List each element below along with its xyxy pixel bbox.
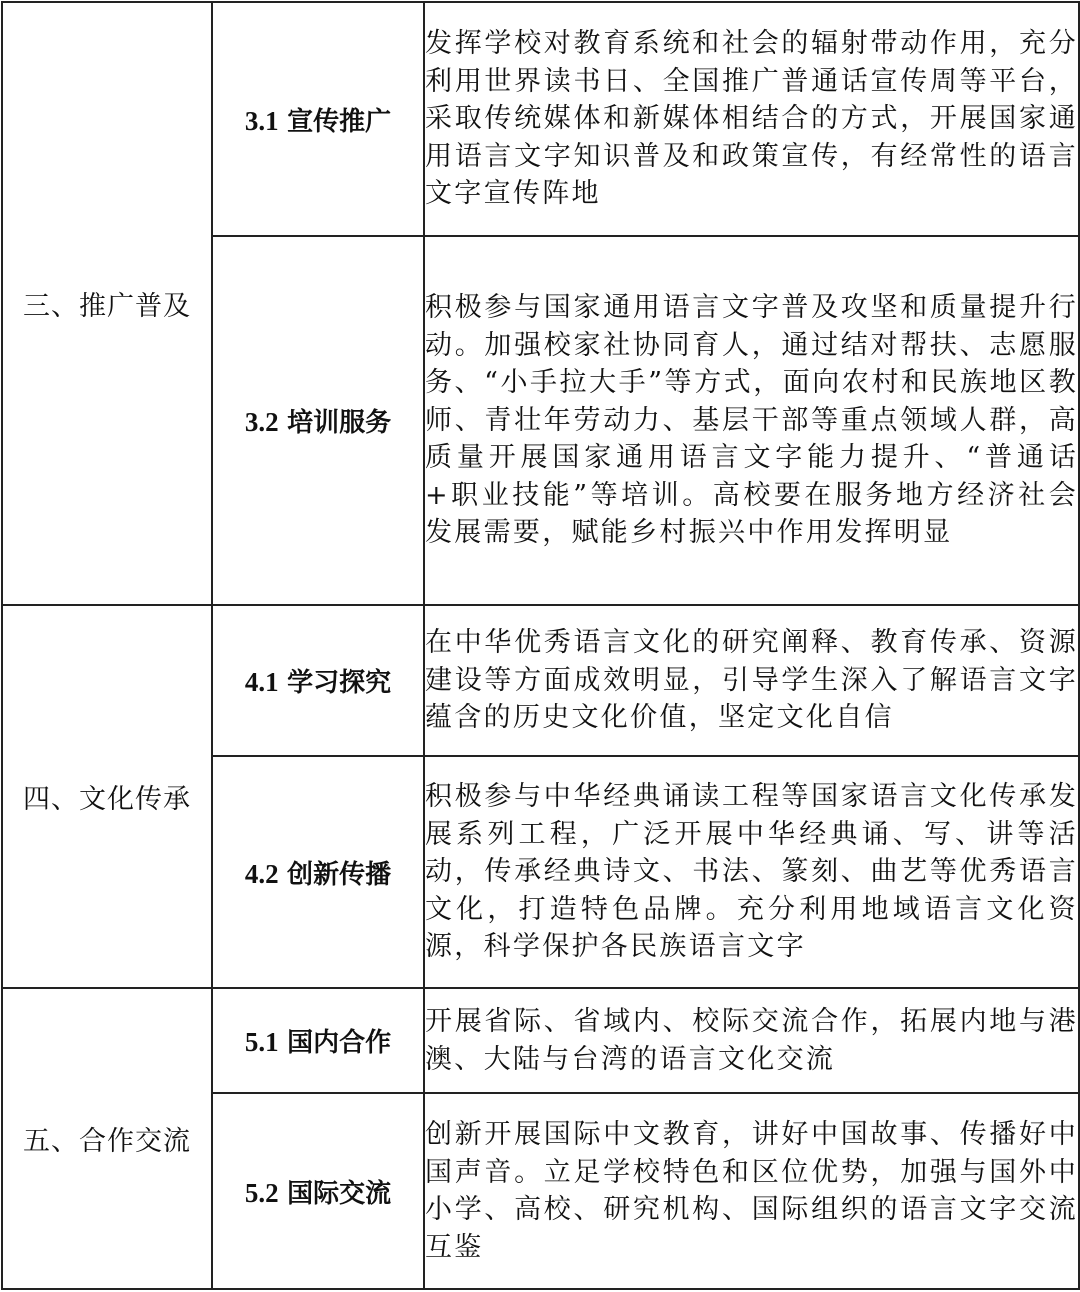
item-number: 3.1 [245, 106, 279, 136]
subcategory-cell: 4.1 学习探究 [212, 605, 424, 756]
standards-table: 三、推广普及 3.1 宣传推广 发挥学校对教育系统和社会的辐射带动作用，充分利用… [1, 1, 1080, 1290]
category-cell: 五、合作交流 [2, 988, 212, 1289]
category-cell: 三、推广普及 [2, 2, 212, 605]
item-title: 培训服务 [287, 408, 391, 438]
subcategory-cell: 5.2 国际交流 [212, 1093, 424, 1289]
item-number: 3.2 [245, 407, 279, 437]
subcategory-cell: 5.1 国内合作 [212, 988, 424, 1093]
subcategory-cell: 3.1 宣传推广 [212, 2, 424, 236]
description-cell: 创新开展国际中文教育，讲好中国故事、传播好中国声音。立足学校特色和区位优势，加强… [424, 1093, 1079, 1289]
table-row: 三、推广普及 3.1 宣传推广 发挥学校对教育系统和社会的辐射带动作用，充分利用… [2, 2, 1079, 236]
item-title: 宣传推广 [287, 107, 391, 137]
description-cell: 开展省际、省域内、校际交流合作，拓展内地与港澳、大陆与台湾的语言文化交流 [424, 988, 1079, 1093]
description-cell: 积极参与中华经典诵读工程等国家语言文化传承发展系列工程，广泛开展中华经典诵、写、… [424, 756, 1079, 988]
item-number: 4.2 [245, 859, 279, 889]
item-title: 创新传播 [287, 860, 391, 890]
description-cell: 积极参与国家通用语言文字普及攻坚和质量提升行动。加强校家社协同育人，通过结对帮扶… [424, 236, 1079, 605]
subcategory-cell: 3.2 培训服务 [212, 236, 424, 605]
category-cell: 四、文化传承 [2, 605, 212, 988]
table-row: 五、合作交流 5.1 国内合作 开展省际、省域内、校际交流合作，拓展内地与港澳、… [2, 988, 1079, 1093]
item-number: 5.1 [245, 1027, 279, 1057]
description-cell: 在中华优秀语言文化的研究阐释、教育传承、资源建设等方面成效明显，引导学生深入了解… [424, 605, 1079, 756]
item-title: 国际交流 [287, 1179, 391, 1209]
subcategory-cell: 4.2 创新传播 [212, 756, 424, 988]
item-number: 5.2 [245, 1178, 279, 1208]
table-row: 四、文化传承 4.1 学习探究 在中华优秀语言文化的研究阐释、教育传承、资源建设… [2, 605, 1079, 756]
item-number: 4.1 [245, 667, 279, 697]
item-title: 学习探究 [287, 668, 391, 698]
item-title: 国内合作 [287, 1028, 391, 1058]
description-cell: 发挥学校对教育系统和社会的辐射带动作用，充分利用世界读书日、全国推广普通话宣传周… [424, 2, 1079, 236]
